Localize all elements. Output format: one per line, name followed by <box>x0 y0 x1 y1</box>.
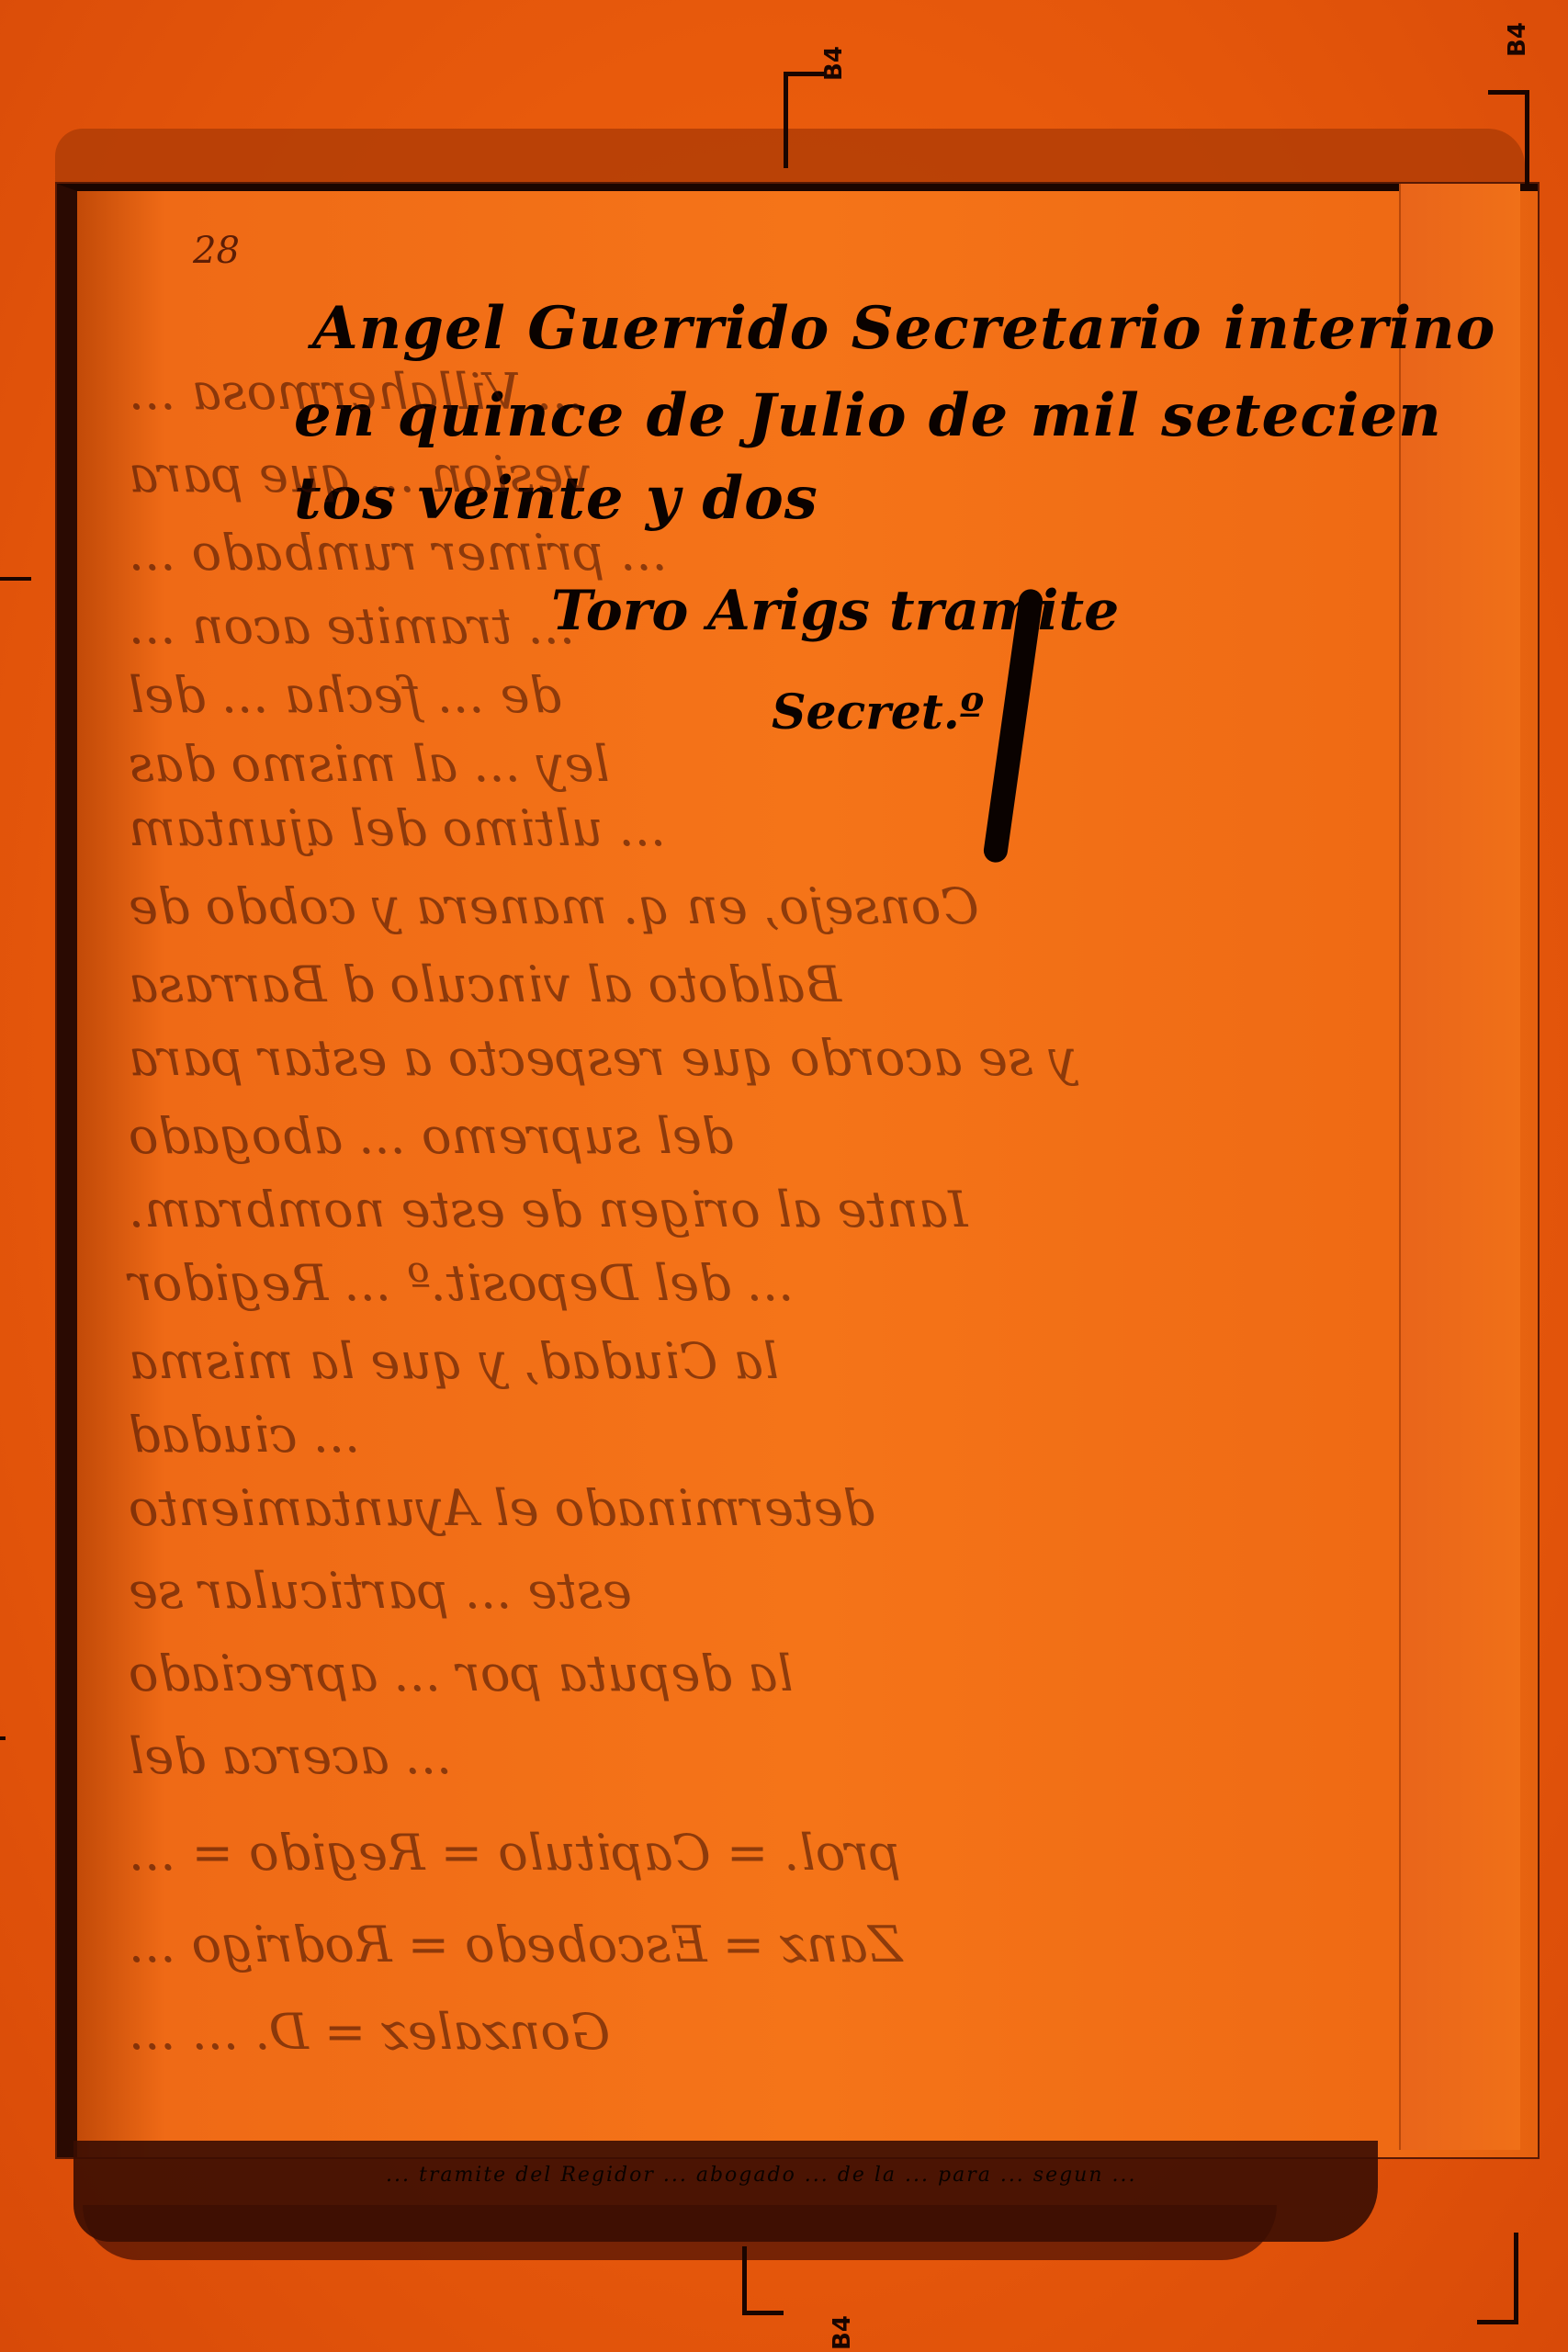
page-number: 28 <box>193 230 240 272</box>
crop-mark-bottom-center <box>742 2246 784 2315</box>
crop-label-bottom-center: B4 <box>829 2315 856 2350</box>
bleed-line: y se acordo que respecto a estar para <box>129 1029 1077 1087</box>
damaged-bottom-strip <box>73 2141 1378 2242</box>
bottom-strip-text: ... tramite del Regidor ... abogado ... … <box>386 2164 1137 2187</box>
bleed-line: vesion ... que para <box>129 446 592 503</box>
annotation-secretary: Secret.º <box>772 684 984 741</box>
bleed-line: prol. = Capitulo = Regido = ... <box>129 1824 901 1882</box>
bleed-line: este ... particular se <box>129 1562 632 1620</box>
bleed-line: Iante al origen de este nombram. <box>129 1181 967 1238</box>
bleed-line: la Ciudad, y que la misma <box>129 1332 779 1390</box>
bleed-line: ... tramite acon ... <box>129 597 575 655</box>
left-margin-tick <box>0 1736 6 1740</box>
bleed-line: Consejo, en q. manera y cobdo de <box>129 877 979 935</box>
bleed-line: ... ultimo del ajuntam <box>129 799 666 857</box>
bleed-line: ... primer rumbado ... <box>129 524 668 582</box>
bleed-line: Baldoto al vinculo d Barrasa <box>129 955 841 1013</box>
crop-mark-bottom-right <box>1477 2233 1518 2324</box>
bleed-line: la deputa por ... apreciado <box>129 1645 794 1702</box>
bleed-line: Gonzalez = D. ... ... <box>129 2003 610 2061</box>
crop-mark-top-center <box>784 72 825 168</box>
bleed-line: ... acerca del <box>129 1727 452 1785</box>
crop-mark-top-right <box>1488 90 1529 187</box>
left-margin-tick <box>0 577 31 581</box>
bleed-line: determinado el Ayuntamiento <box>129 1479 874 1537</box>
heading-line-1: Angel Guerrido Secretario interino <box>312 294 1495 363</box>
page-fold-edge <box>1399 184 1520 2150</box>
crop-label-top-right: B4 <box>1504 22 1531 57</box>
bleed-line: de ... fecha ... del <box>129 666 561 724</box>
bleed-line: ... del Deposit.º ... Regidor <box>129 1254 794 1312</box>
bleed-line: ley ... al mismo das <box>129 735 610 793</box>
bleed-line: ... Villahermosa ... <box>129 363 584 421</box>
bleed-line: del supremo ... abogado <box>129 1107 733 1165</box>
bleed-line: ... ciudad <box>129 1406 360 1464</box>
bleed-line: Zanz = Escobedo = Rodrigo ... <box>129 1916 902 1973</box>
crop-label-top-center: B4 <box>820 46 848 81</box>
